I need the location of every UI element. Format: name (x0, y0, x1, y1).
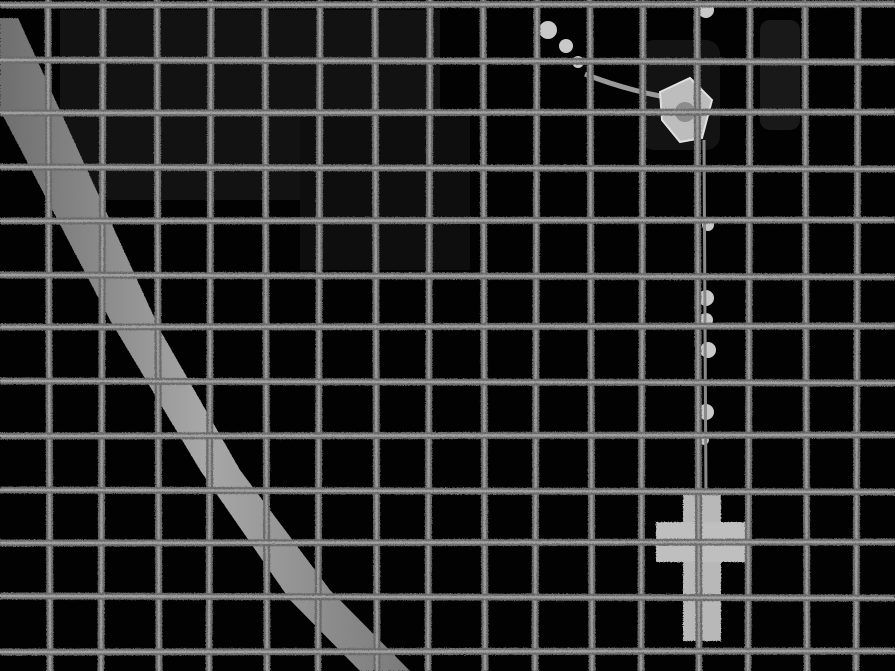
photo-scene (0, 0, 895, 671)
photo-canvas (0, 0, 895, 671)
